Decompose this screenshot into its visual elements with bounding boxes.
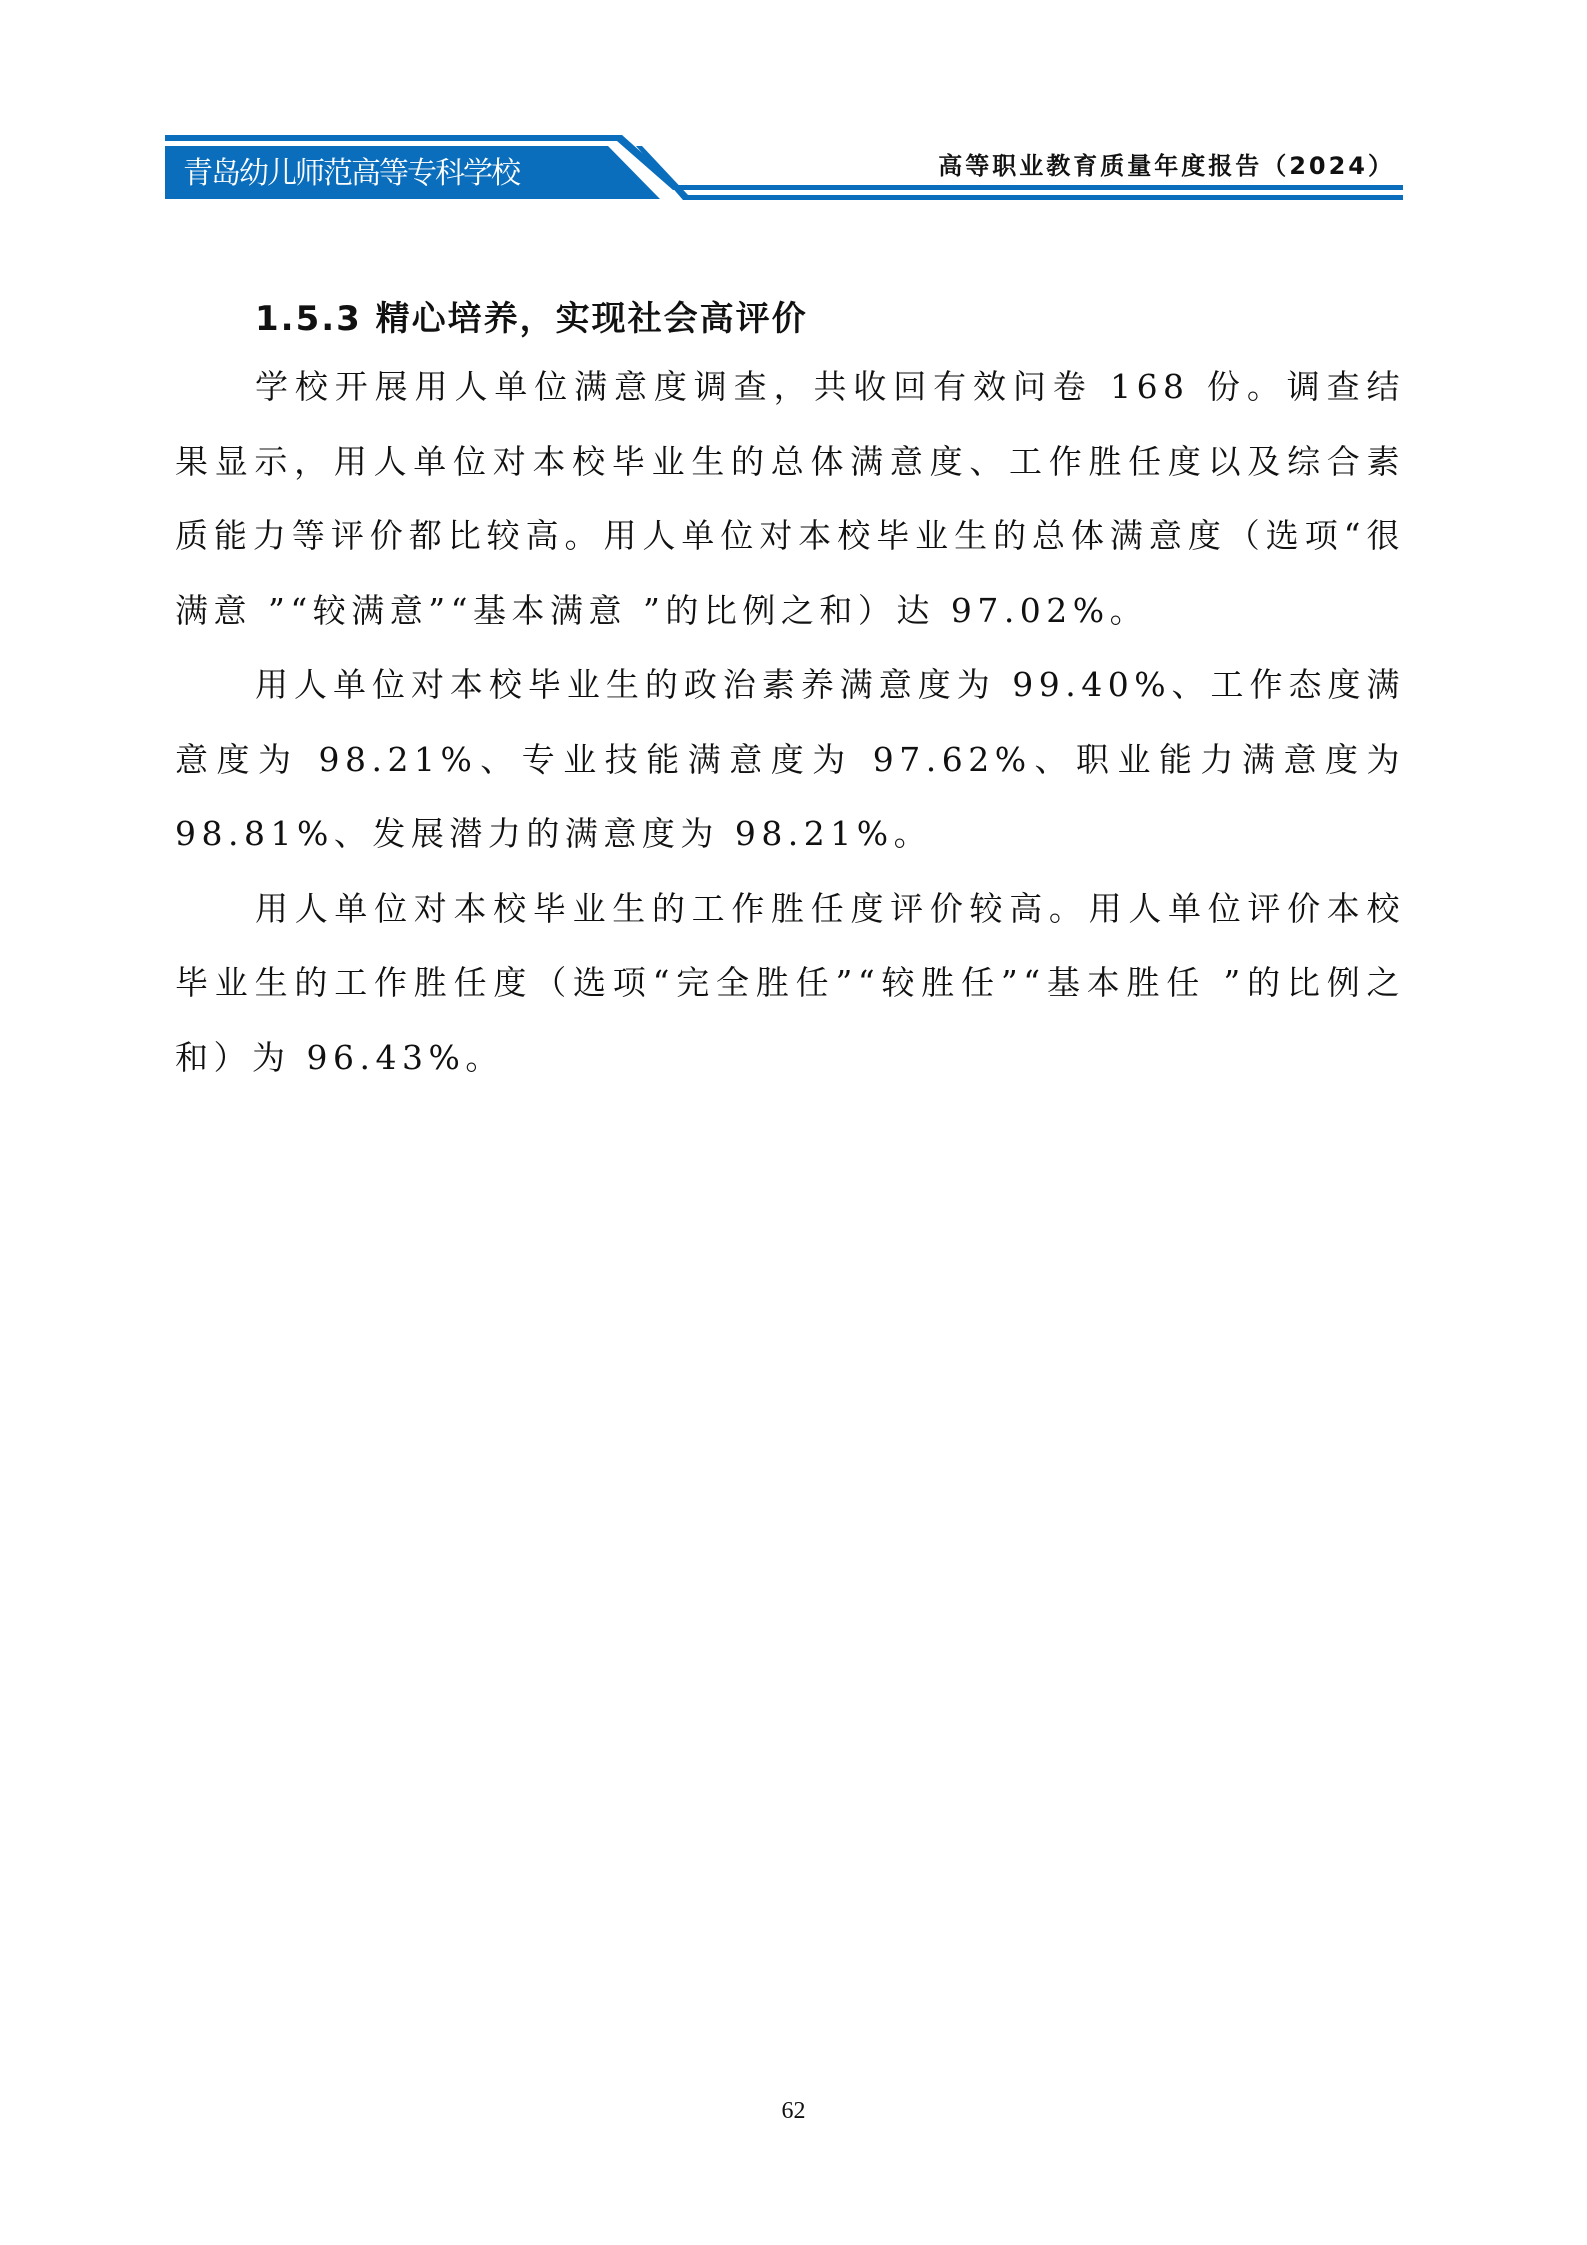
paragraph-competence: 用人单位对本校毕业生的工作胜任度评价较高。用人单位评价本校毕业生的工作胜任度（选… <box>175 872 1405 1096</box>
paragraph-satisfaction-details: 用人单位对本校毕业生的政治素养满意度为 99.40%、工作态度满意度为 98.2… <box>175 648 1405 872</box>
document-body: 1.5.3 精心培养，实现社会高评价 学校开展用人单位满意度调查，共收回有效问卷… <box>175 288 1405 1095</box>
report-title: 高等职业教育质量年度报告（2024） <box>938 146 1395 181</box>
school-name: 青岛幼儿师范高等专科学校 <box>183 152 519 196</box>
section-heading: 1.5.3 精心培养，实现社会高评价 <box>255 288 1405 350</box>
page-header: 青岛幼儿师范高等专科学校 高等职业教育质量年度报告（2024） <box>0 0 1587 220</box>
page-number: 62 <box>0 2098 1587 2125</box>
paragraph-survey-overview: 学校开展用人单位满意度调查，共收回有效问卷 168 份。调查结果显示，用人单位对… <box>175 350 1405 648</box>
